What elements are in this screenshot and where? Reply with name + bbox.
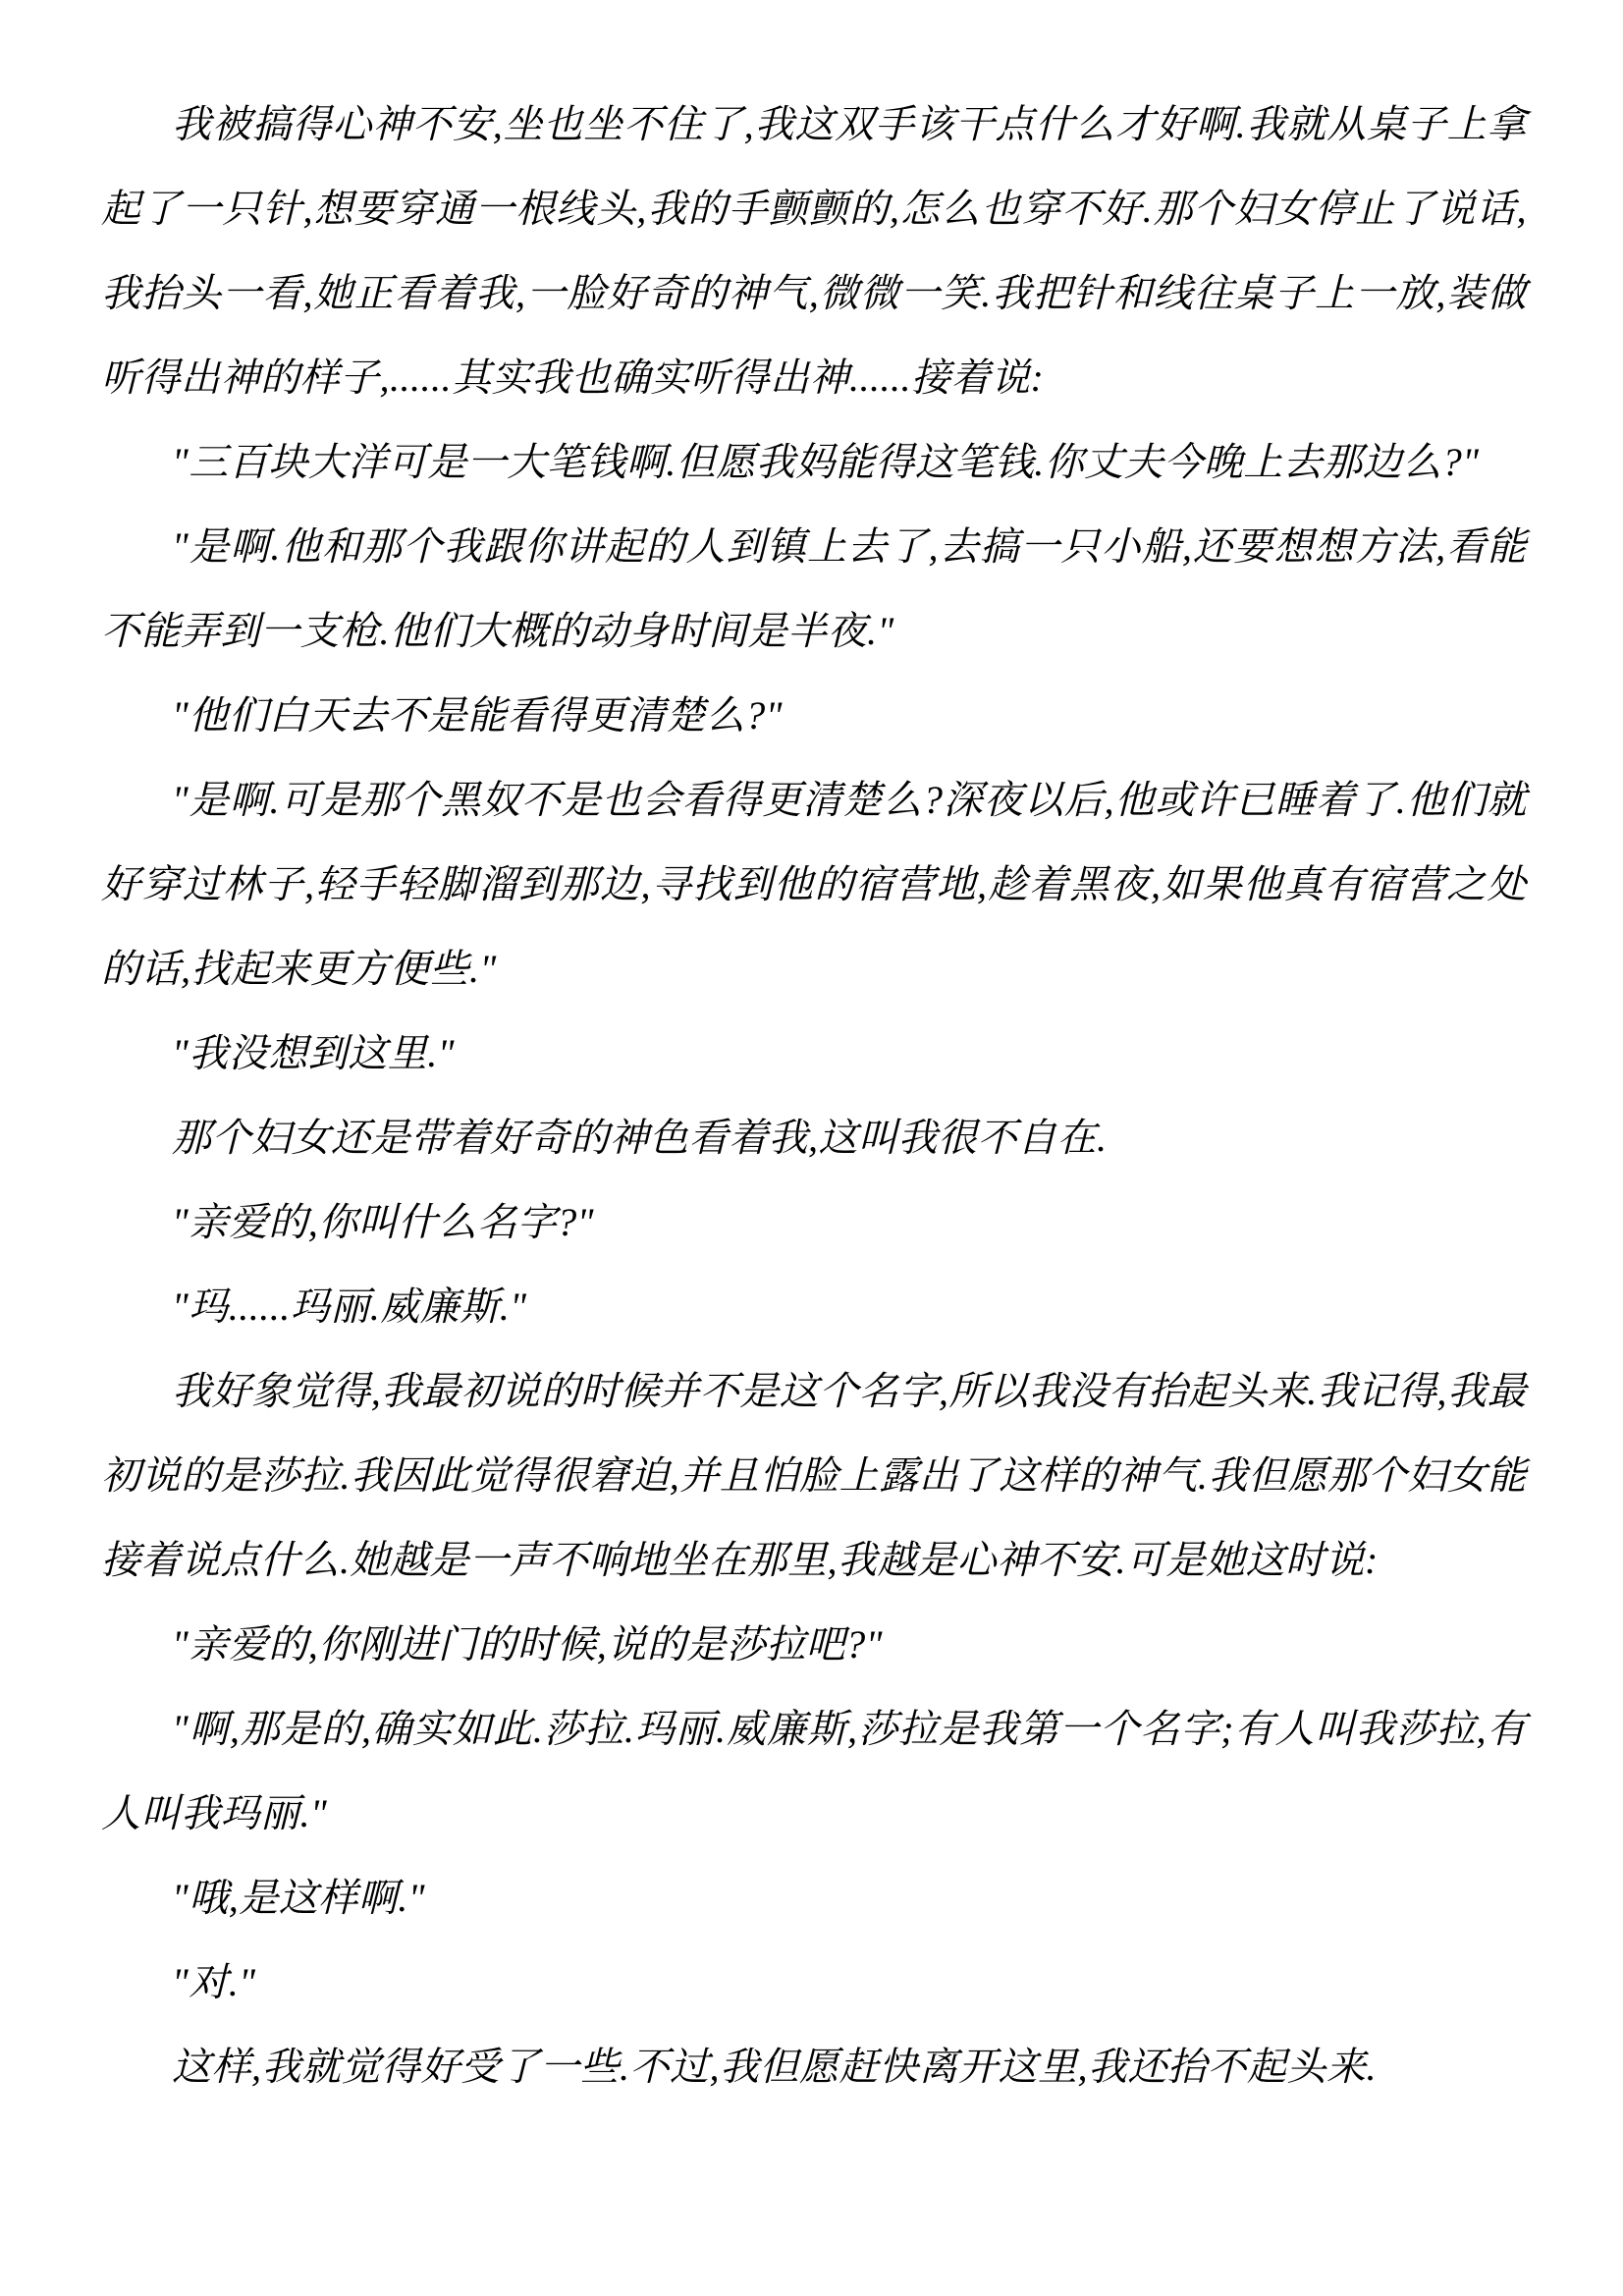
paragraph-dialogue-4: "是啊.可是那个黑奴不是也会看得更清楚么?深夜以后,他或许已睡着了.他们就好穿过… [101,758,1527,1011]
paragraph-dialogue-3: "他们白天去不是能看得更清楚么?" [101,674,1527,758]
paragraph-narrative-3: 我好象觉得,我最初说的时候并不是这个名字,所以我没有抬起头来.我记得,我最初说的… [101,1349,1527,1603]
paragraph-dialogue-9: "啊,那是的,确实如此.莎拉.玛丽.威廉斯,莎拉是我第一个名字;有人叫我莎拉,有… [101,1687,1527,1856]
paragraph-dialogue-11: "对." [101,1941,1527,2025]
paragraph-narrative-4: 这样,我就觉得好受了一些.不过,我但愿赶快离开这里,我还抬不起头来. [101,2025,1527,2109]
paragraph-dialogue-2: "是啊.他和那个我跟你讲起的人到镇上去了,去搞一只小船,还要想想方法,看能不能弄… [101,505,1527,674]
page-text-block: 我被搞得心神不安,坐也坐不住了,我这双手该干点什么才好啊.我就从桌子上拿起了一只… [101,82,1527,2109]
paragraph-dialogue-10: "哦,是这样啊." [101,1856,1527,1941]
paragraph-dialogue-5: "我没想到这里." [101,1011,1527,1096]
paragraph-dialogue-6: "亲爱的,你叫什么名字?" [101,1180,1527,1265]
document-page: 我被搞得心神不安,坐也坐不住了,我这双手该干点什么才好啊.我就从桌子上拿起了一只… [0,0,1623,2296]
paragraph-narrative-2: 那个妇女还是带着好奇的神色看着我,这叫我很不自在. [101,1096,1527,1180]
paragraph-dialogue-8: "亲爱的,你刚进门的时候,说的是莎拉吧?" [101,1603,1527,1687]
paragraph-narrative-1: 我被搞得心神不安,坐也坐不住了,我这双手该干点什么才好啊.我就从桌子上拿起了一只… [101,82,1527,420]
paragraph-dialogue-1: "三百块大洋可是一大笔钱啊.但愿我妈能得这笔钱.你丈夫今晚上去那边么?" [101,420,1527,505]
paragraph-dialogue-7: "玛......玛丽.威廉斯." [101,1265,1527,1349]
